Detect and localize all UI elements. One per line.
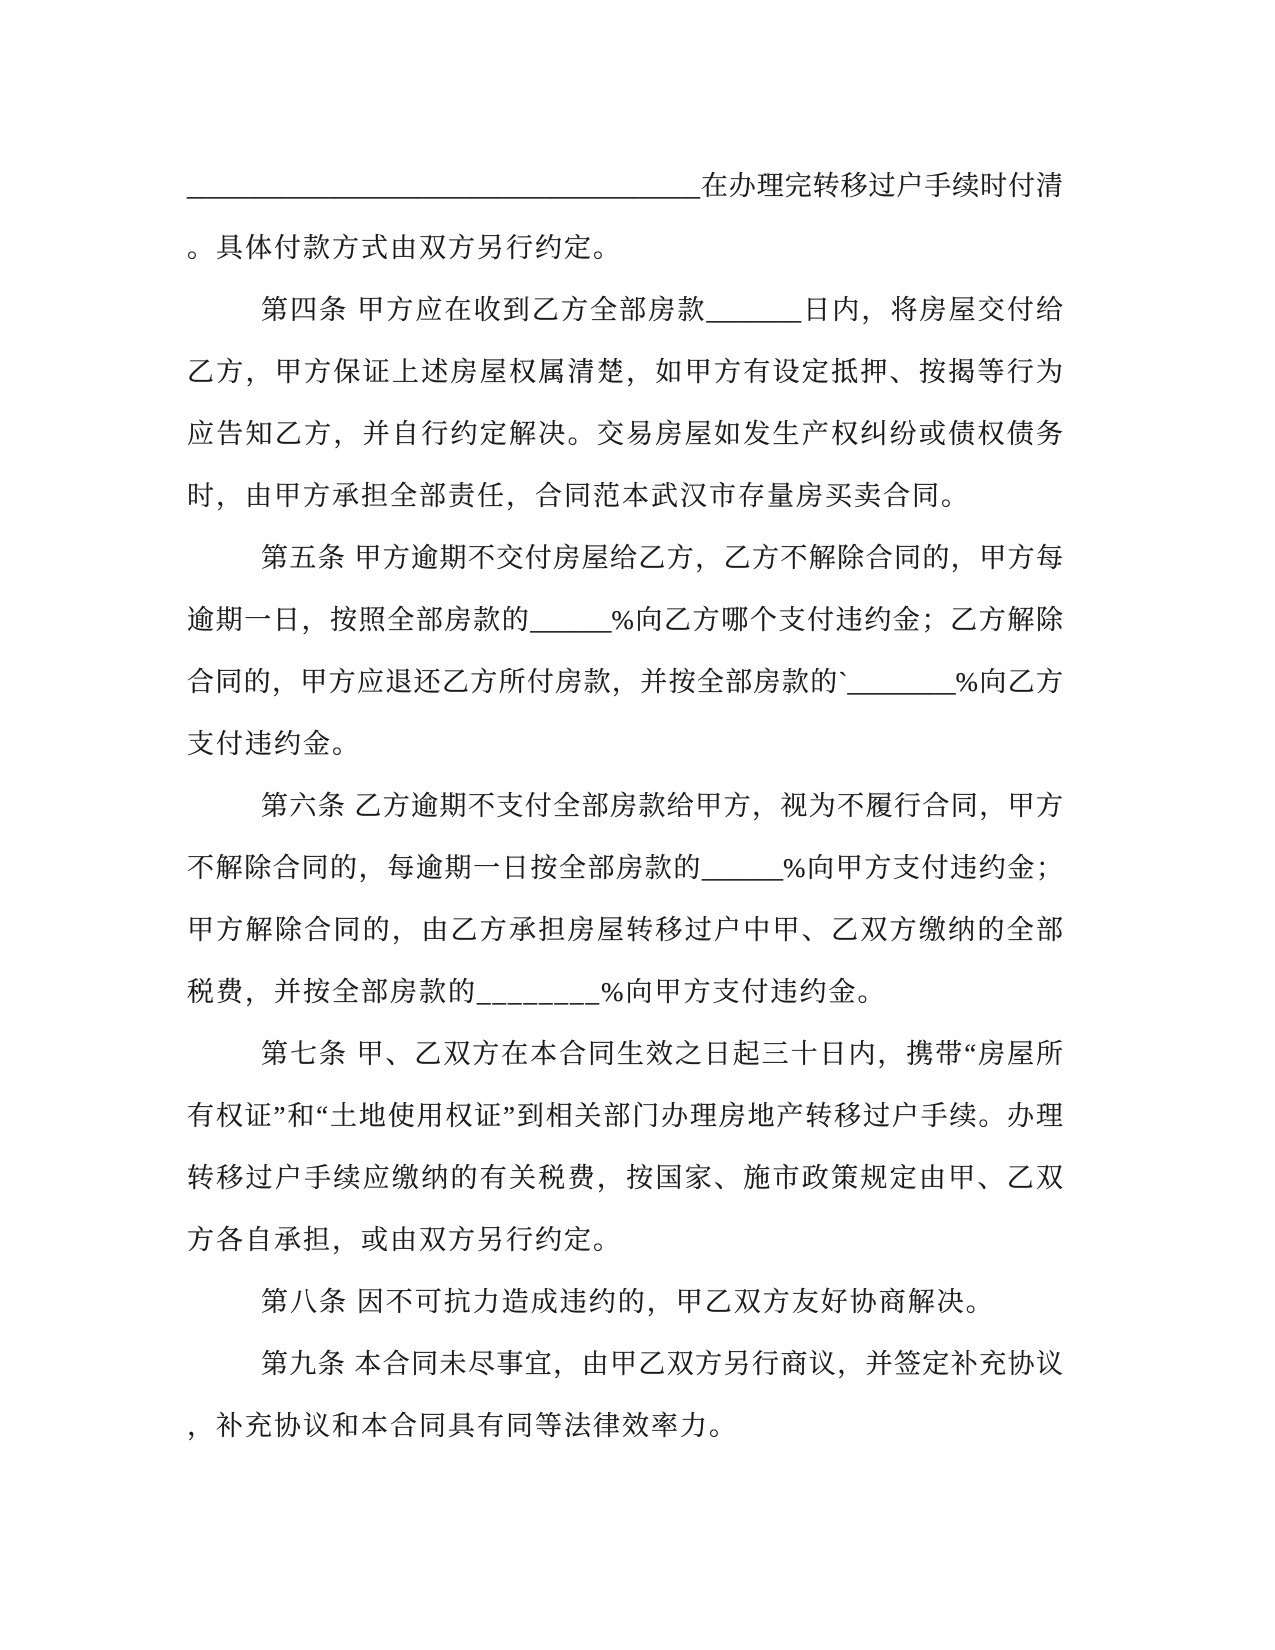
document-line: 应告知乙方，并自行约定解决。交易房屋如发生产权纠纷或债权债务 — [187, 403, 1063, 465]
document-line: 合同的，甲方应退还乙方所付房款，并按全部房款的`________%向乙方 — [187, 651, 1063, 713]
document-line: 第六条 乙方逾期不支付全部房款给甲方，视为不履行合同，甲方 — [187, 775, 1063, 837]
document-line: 有权证”和“土地使用权证”到相关部门办理房地产转移过户手续。办理 — [187, 1085, 1063, 1147]
document-line: 支付违约金。 — [187, 713, 1063, 775]
document-line: 第五条 甲方逾期不交付房屋给乙方，乙方不解除合同的，甲方每 — [187, 527, 1063, 589]
document-line: 时，由甲方承担全部责任，合同范本武汉市存量房买卖合同。 — [187, 465, 1063, 527]
document-line: 。具体付款方式由双方另行约定。 — [187, 217, 1063, 279]
document-line: 不解除合同的，每逾期一日按全部房款的______%向甲方支付违约金； — [187, 837, 1063, 899]
document-line: 乙方，甲方保证上述房屋权属清楚，如甲方有设定抵押、按揭等行为 — [187, 341, 1063, 403]
document-content: ______________________________________在办… — [187, 155, 1063, 1457]
document-line: 第九条 本合同未尽事宜，由甲乙双方另行商议，并签定补充协议 — [187, 1333, 1063, 1395]
document-line: 第七条 甲、乙双方在本合同生效之日起三十日内，携带“房屋所 — [187, 1023, 1063, 1085]
document-page: ______________________________________在办… — [0, 0, 1275, 1650]
document-line: 税费，并按全部房款的________%向甲方支付违约金。 — [187, 961, 1063, 1023]
document-line: 逾期一日，按照全部房款的______%向乙方哪个支付违约金；乙方解除 — [187, 589, 1063, 651]
document-line: 第四条 甲方应在收到乙方全部房款_______日内，将房屋交付给 — [187, 279, 1063, 341]
document-line: ，补充协议和本合同具有同等法律效率力。 — [187, 1395, 1063, 1457]
document-line: 转移过户手续应缴纳的有关税费，按国家、施市政策规定由甲、乙双 — [187, 1147, 1063, 1209]
document-line: ______________________________________在办… — [187, 155, 1063, 217]
document-line: 第八条 因不可抗力造成违约的，甲乙双方友好协商解决。 — [187, 1271, 1063, 1333]
document-line: 方各自承担，或由双方另行约定。 — [187, 1209, 1063, 1271]
document-line: 甲方解除合同的，由乙方承担房屋转移过户中甲、乙双方缴纳的全部 — [187, 899, 1063, 961]
